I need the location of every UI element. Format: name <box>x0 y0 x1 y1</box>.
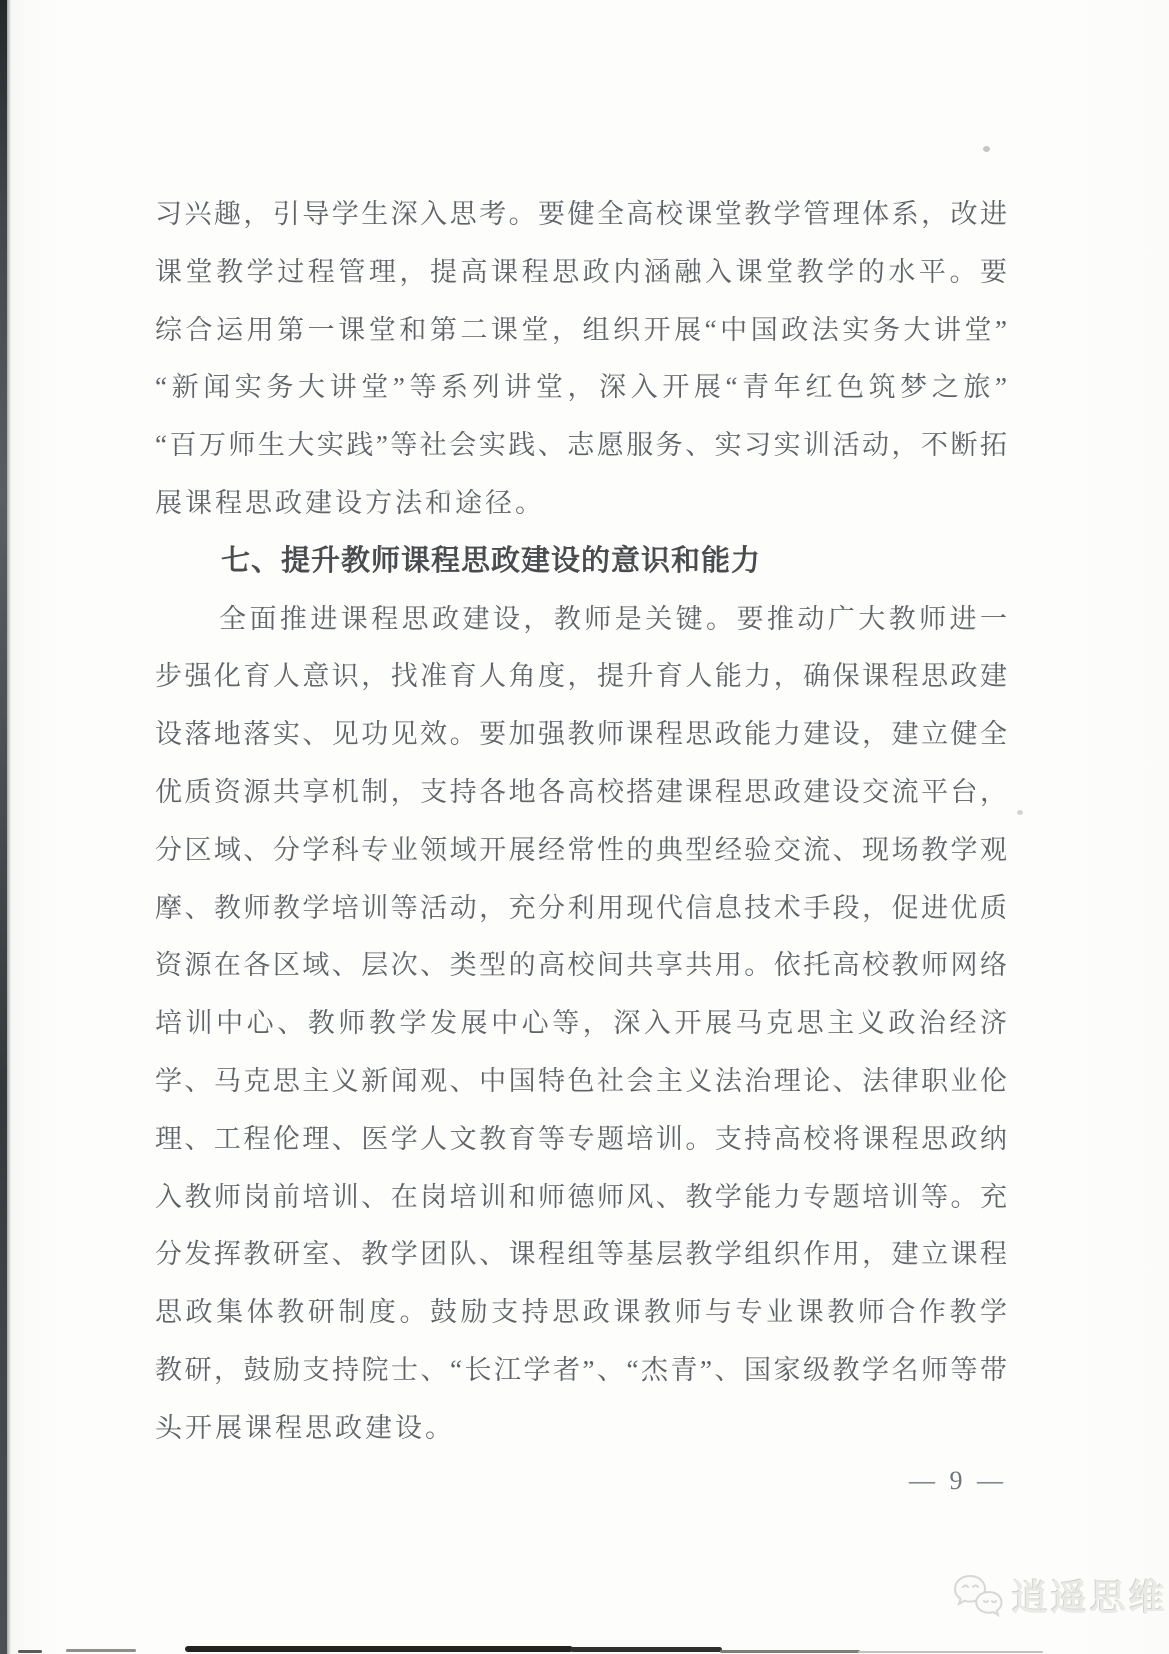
scan-mark <box>570 1647 722 1652</box>
scan-mark <box>66 1649 136 1652</box>
scan-mark <box>185 1646 573 1652</box>
scan-speck <box>445 490 450 494</box>
scan-mark <box>18 1650 42 1653</box>
scan-speck <box>983 146 990 152</box>
scan-mark <box>858 1651 1043 1653</box>
scan-mark <box>720 1650 860 1653</box>
scan-speck <box>1017 810 1023 815</box>
scanned-document-page: 习兴趣，引导学生深入思考。要健全高校课堂教学管理体系，改进 课堂教学过程管理，提… <box>0 0 1169 1654</box>
scan-artifact-bottom <box>0 0 1169 1654</box>
